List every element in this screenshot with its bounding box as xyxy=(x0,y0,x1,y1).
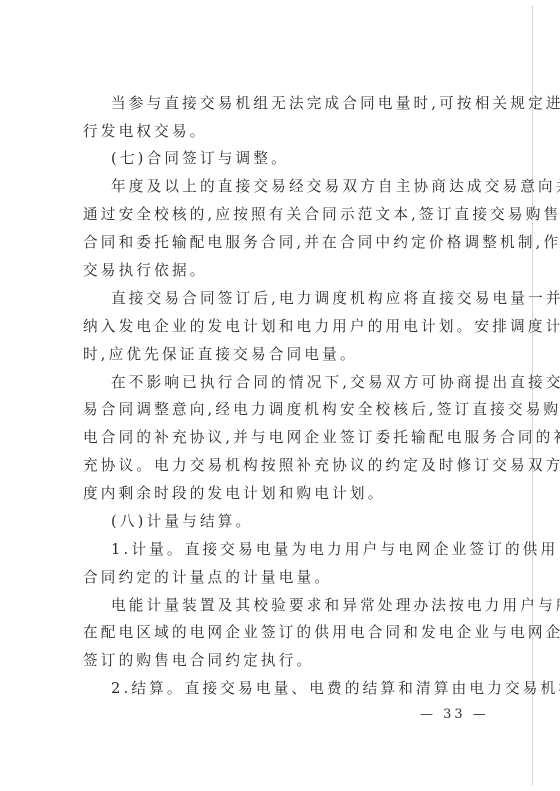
text-line: 纳入发电企业的发电计划和电力用户的用电计划。安排调度计划 xyxy=(83,313,479,341)
text-line: 在不影响已执行合同的情况下,交易双方可协商提出直接交 xyxy=(111,369,479,397)
text-line: 合同约定的计量点的计量电量。 xyxy=(83,564,479,592)
text-line: 行发电权交易。 xyxy=(83,118,479,146)
text-line: 当参与直接交易机组无法完成合同电量时,可按相关规定进 xyxy=(111,90,479,118)
text-line: 1.计量。直接交易电量为电力用户与电网企业签订的供用电 xyxy=(111,536,479,564)
text-line: 签订的购售电合同约定执行。 xyxy=(83,647,479,675)
text-line: 直接交易合同签订后,电力调度机构应将直接交易电量一并 xyxy=(111,285,479,313)
text-line: 年度及以上的直接交易经交易双方自主协商达成交易意向并 xyxy=(111,173,479,201)
page-edge-line xyxy=(532,5,533,785)
section-heading: (七)合同签订与调整。 xyxy=(111,145,479,173)
text-line: 交易执行依据。 xyxy=(83,257,479,285)
text-line: 通过安全校核的,应按照有关合同示范文本,签订直接交易购售电 xyxy=(83,201,479,229)
text-line: 在配电区域的电网企业签订的供用电合同和发电企业与电网企业 xyxy=(83,619,479,647)
text-line: 充协议。电力交易机构按照补充协议的约定及时修订交易双方年 xyxy=(83,452,479,480)
page-number: — 33 — xyxy=(420,707,489,722)
text-line: 合同和委托输配电服务合同,并在合同中约定价格调整机制,作为 xyxy=(83,229,479,257)
text-line: 2.结算。直接交易电量、电费的结算和清算由电力交易机构 xyxy=(111,675,479,703)
text-line: 易合同调整意向,经电力调度机构安全校核后,签订直接交易购售 xyxy=(83,396,479,424)
text-line: 电合同的补充协议,并与电网企业签订委托输配电服务合同的补 xyxy=(83,424,479,452)
text-line: 度内剩余时段的发电计划和购电计划。 xyxy=(83,480,479,508)
text-line: 时,应优先保证直接交易合同电量。 xyxy=(83,341,479,369)
text-line: 电能计量装置及其校验要求和异常处理办法按电力用户与所 xyxy=(111,592,479,620)
section-heading: (八)计量与结算。 xyxy=(111,508,479,536)
